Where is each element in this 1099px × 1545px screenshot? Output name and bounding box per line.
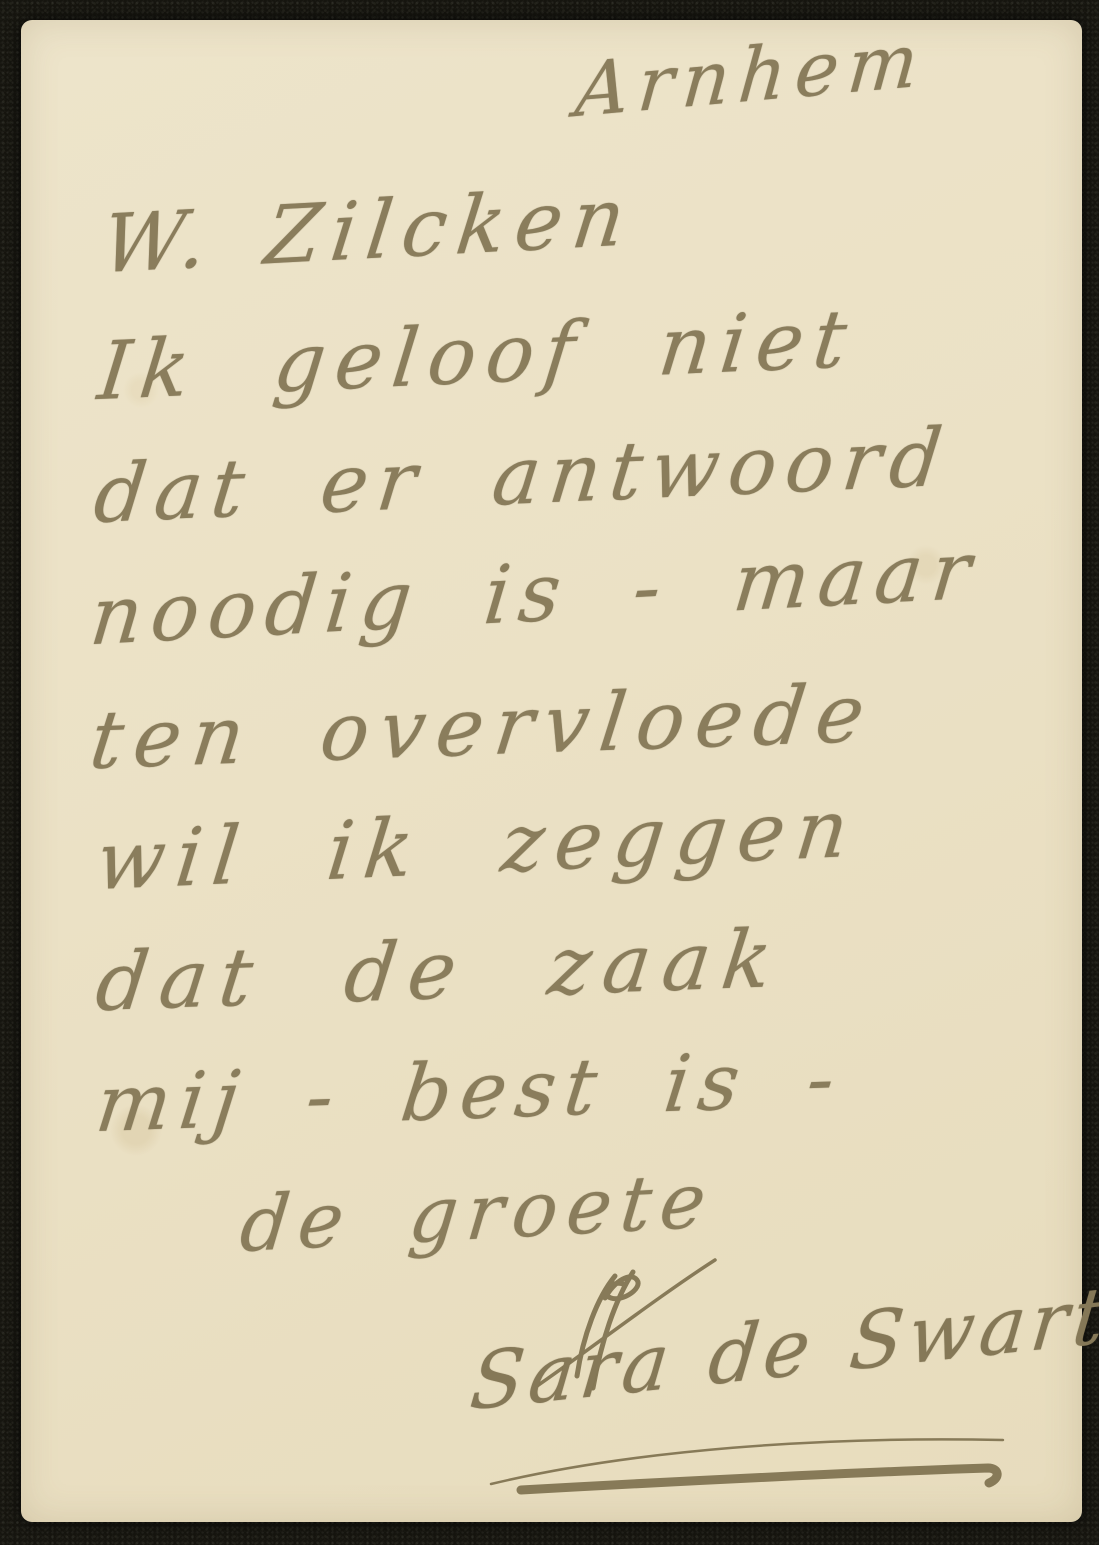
photo-background: Arnhem W. Zilcken Ik geloof niet dat er …	[0, 0, 1099, 1545]
closing-line: de groete	[236, 1155, 719, 1269]
body-line-1: Ik geloof niet	[94, 292, 862, 419]
signature-underline-flourish-icon	[483, 1428, 1023, 1508]
body-line-7: mij - best is -	[91, 1034, 848, 1150]
body-line-3: noodig is - maar	[86, 523, 984, 663]
salutation-line: W. Zilcken	[97, 170, 640, 292]
body-line-5: wil ik zeggen	[92, 781, 864, 908]
body-line-6: dat de zaak	[91, 912, 789, 1029]
letter-card: Arnhem W. Zilcken Ik geloof niet dat er …	[21, 20, 1082, 1522]
body-line-2: dat er antwoord	[90, 410, 956, 541]
place-line: Arnhem	[572, 17, 930, 135]
body-line-4: ten overvloede	[85, 666, 880, 787]
